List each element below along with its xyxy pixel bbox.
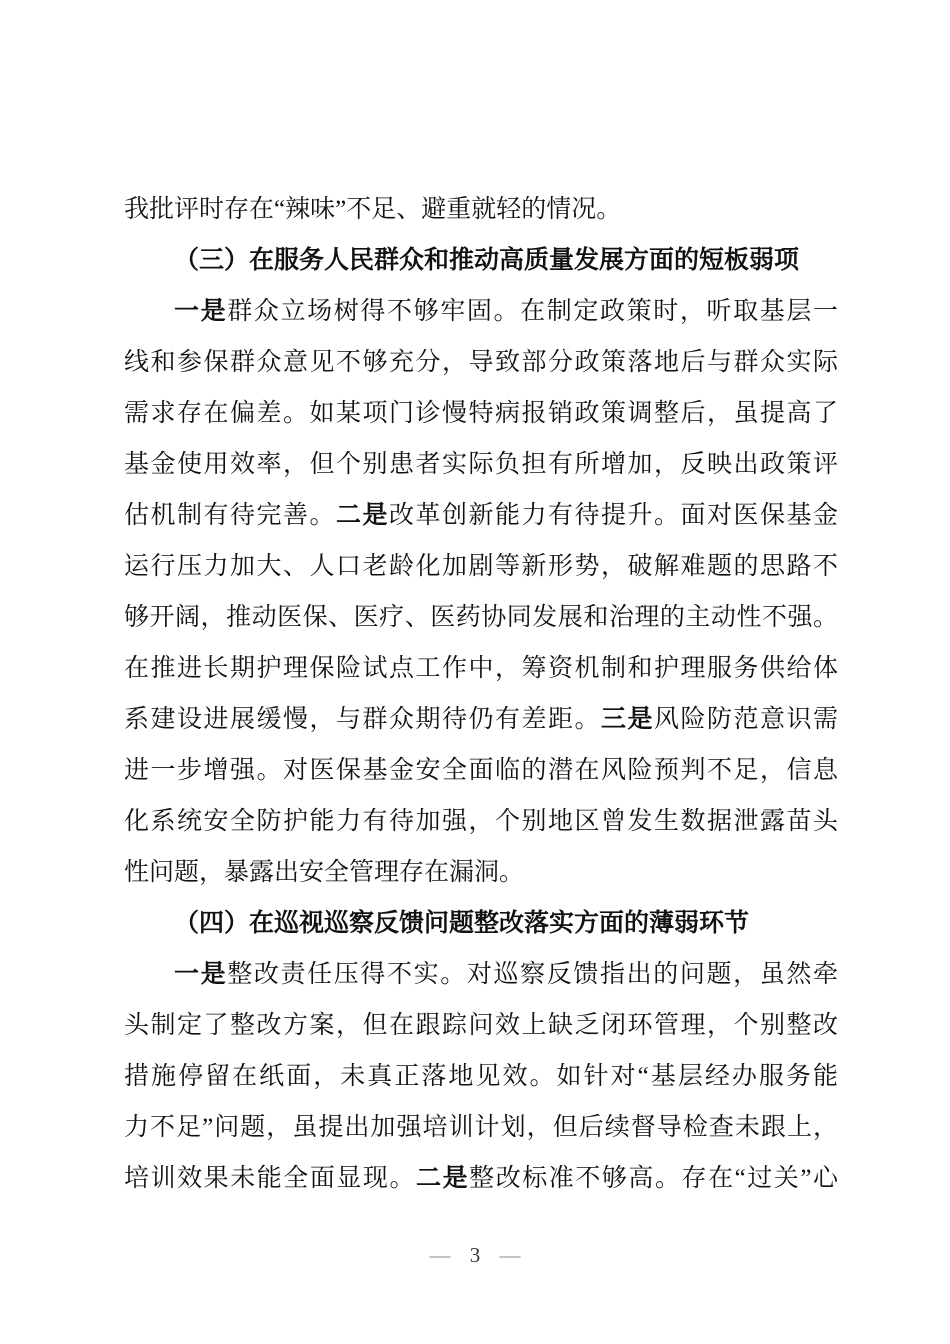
text-run: 线和参保群众意见不够充分，导致部分政策落地后与群众实际 xyxy=(124,349,838,376)
text-line: 我批评时存在“辣味”不足、避重就轻的情况。 xyxy=(124,184,838,235)
text-line: 在推进长期护理保险试点工作中，筹资机制和护理服务供给体 xyxy=(124,643,838,694)
text-line: 基金使用效率，但个别患者实际负担有所增加，反映出政策评 xyxy=(124,439,838,490)
text-run: 化系统安全防护能力有待加强，个别地区曾发生数据泄露苗头 xyxy=(124,808,838,835)
text-line: 化系统安全防护能力有待加强，个别地区曾发生数据泄露苗头 xyxy=(124,796,838,847)
text-line: 一是群众立场树得不够牢固。在制定政策时，听取基层一 xyxy=(124,286,838,337)
emphasis-run: 一是 xyxy=(174,297,227,325)
text-line: 够开阔，推动医保、医疗、医药协同发展和治理的主动性不强。 xyxy=(124,592,838,643)
text-line: 估机制有待完善。二是改革创新能力有待提升。面对医保基金 xyxy=(124,490,838,541)
text-run: 头制定了整改方案，但在跟踪问效上缺乏闭环管理，个别整改 xyxy=(124,1012,838,1039)
text-line: 培训效果未能全面显现。二是整改标准不够高。存在“过关”心 xyxy=(124,1153,838,1204)
section-heading: （三）在服务人民群众和推动高质量发展方面的短板弱项 xyxy=(124,235,838,286)
document-page: 我批评时存在“辣味”不足、避重就轻的情况。（三）在服务人民群众和推动高质量发展方… xyxy=(0,0,950,1344)
emphasis-run: （三）在服务人民群众和推动高质量发展方面的短板弱项 xyxy=(174,246,799,274)
emphasis-run: 二是 xyxy=(416,1164,469,1192)
emphasis-run: 二是 xyxy=(336,501,389,529)
text-run: 培训效果未能全面显现。 xyxy=(124,1165,416,1192)
text-run: 估机制有待完善。 xyxy=(124,502,336,529)
text-run: 措施停留在纸面，未真正落地见效。如针对“基层经办服务能 xyxy=(124,1063,838,1090)
text-line: 力不足”问题，虽提出加强培训计划，但后续督导检查未跟上， xyxy=(124,1102,838,1153)
document-body: 我批评时存在“辣味”不足、避重就轻的情况。（三）在服务人民群众和推动高质量发展方… xyxy=(124,184,838,1204)
text-run: 在推进长期护理保险试点工作中，筹资机制和护理服务供给体 xyxy=(124,655,838,682)
text-line: 需求存在偏差。如某项门诊慢特病报销政策调整后，虽提高了 xyxy=(124,388,838,439)
footer-right-dash: — xyxy=(500,1243,521,1267)
text-run: 改革创新能力有待提升。面对医保基金 xyxy=(389,502,838,529)
text-line: 系建设进展缓慢，与群众期待仍有差距。三是风险防范意识需 xyxy=(124,694,838,745)
text-run: 整改责任压得不实。对巡察反馈指出的问题，虽然牵 xyxy=(227,961,838,988)
emphasis-run: （四）在巡视巡察反馈问题整改落实方面的薄弱环节 xyxy=(174,909,749,937)
text-line: 线和参保群众意见不够充分，导致部分政策落地后与群众实际 xyxy=(124,337,838,388)
text-line: 头制定了整改方案，但在跟踪问效上缺乏闭环管理，个别整改 xyxy=(124,1000,838,1051)
page-number: 3 xyxy=(470,1243,481,1267)
text-run: 我批评时存在“辣味”不足、避重就轻的情况。 xyxy=(124,196,621,223)
text-run: 风险防范意识需 xyxy=(654,706,838,733)
text-run: 整改标准不够高。存在“过关”心 xyxy=(469,1165,838,1192)
text-run: 系建设进展缓慢，与群众期待仍有差距。 xyxy=(124,706,601,733)
section-heading: （四）在巡视巡察反馈问题整改落实方面的薄弱环节 xyxy=(124,898,838,949)
text-line: 措施停留在纸面，未真正落地见效。如针对“基层经办服务能 xyxy=(124,1051,838,1102)
text-run: 力不足”问题，虽提出加强培训计划，但后续督导检查未跟上， xyxy=(124,1114,838,1141)
footer-left-dash: — xyxy=(430,1243,451,1267)
text-line: 进一步增强。对医保基金安全面临的潜在风险预判不足，信息 xyxy=(124,745,838,796)
text-run: 性问题，暴露出安全管理存在漏洞。 xyxy=(124,859,524,886)
text-run: 基金使用效率，但个别患者实际负担有所增加，反映出政策评 xyxy=(124,451,838,478)
text-run: 进一步增强。对医保基金安全面临的潜在风险预判不足，信息 xyxy=(124,757,838,784)
emphasis-run: 一是 xyxy=(174,960,227,988)
text-run: 够开阔，推动医保、医疗、医药协同发展和治理的主动性不强。 xyxy=(124,604,838,631)
text-run: 运行压力加大、人口老龄化加剧等新形势，破解难题的思路不 xyxy=(124,553,838,580)
text-line: 性问题，暴露出安全管理存在漏洞。 xyxy=(124,847,838,898)
emphasis-run: 三是 xyxy=(601,705,654,733)
text-run: 需求存在偏差。如某项门诊慢特病报销政策调整后，虽提高了 xyxy=(124,400,838,427)
text-line: 运行压力加大、人口老龄化加剧等新形势，破解难题的思路不 xyxy=(124,541,838,592)
page-footer: — 3 — xyxy=(0,1240,950,1270)
text-line: 一是整改责任压得不实。对巡察反馈指出的问题，虽然牵 xyxy=(124,949,838,1000)
text-run: 群众立场树得不够牢固。在制定政策时，听取基层一 xyxy=(227,298,838,325)
